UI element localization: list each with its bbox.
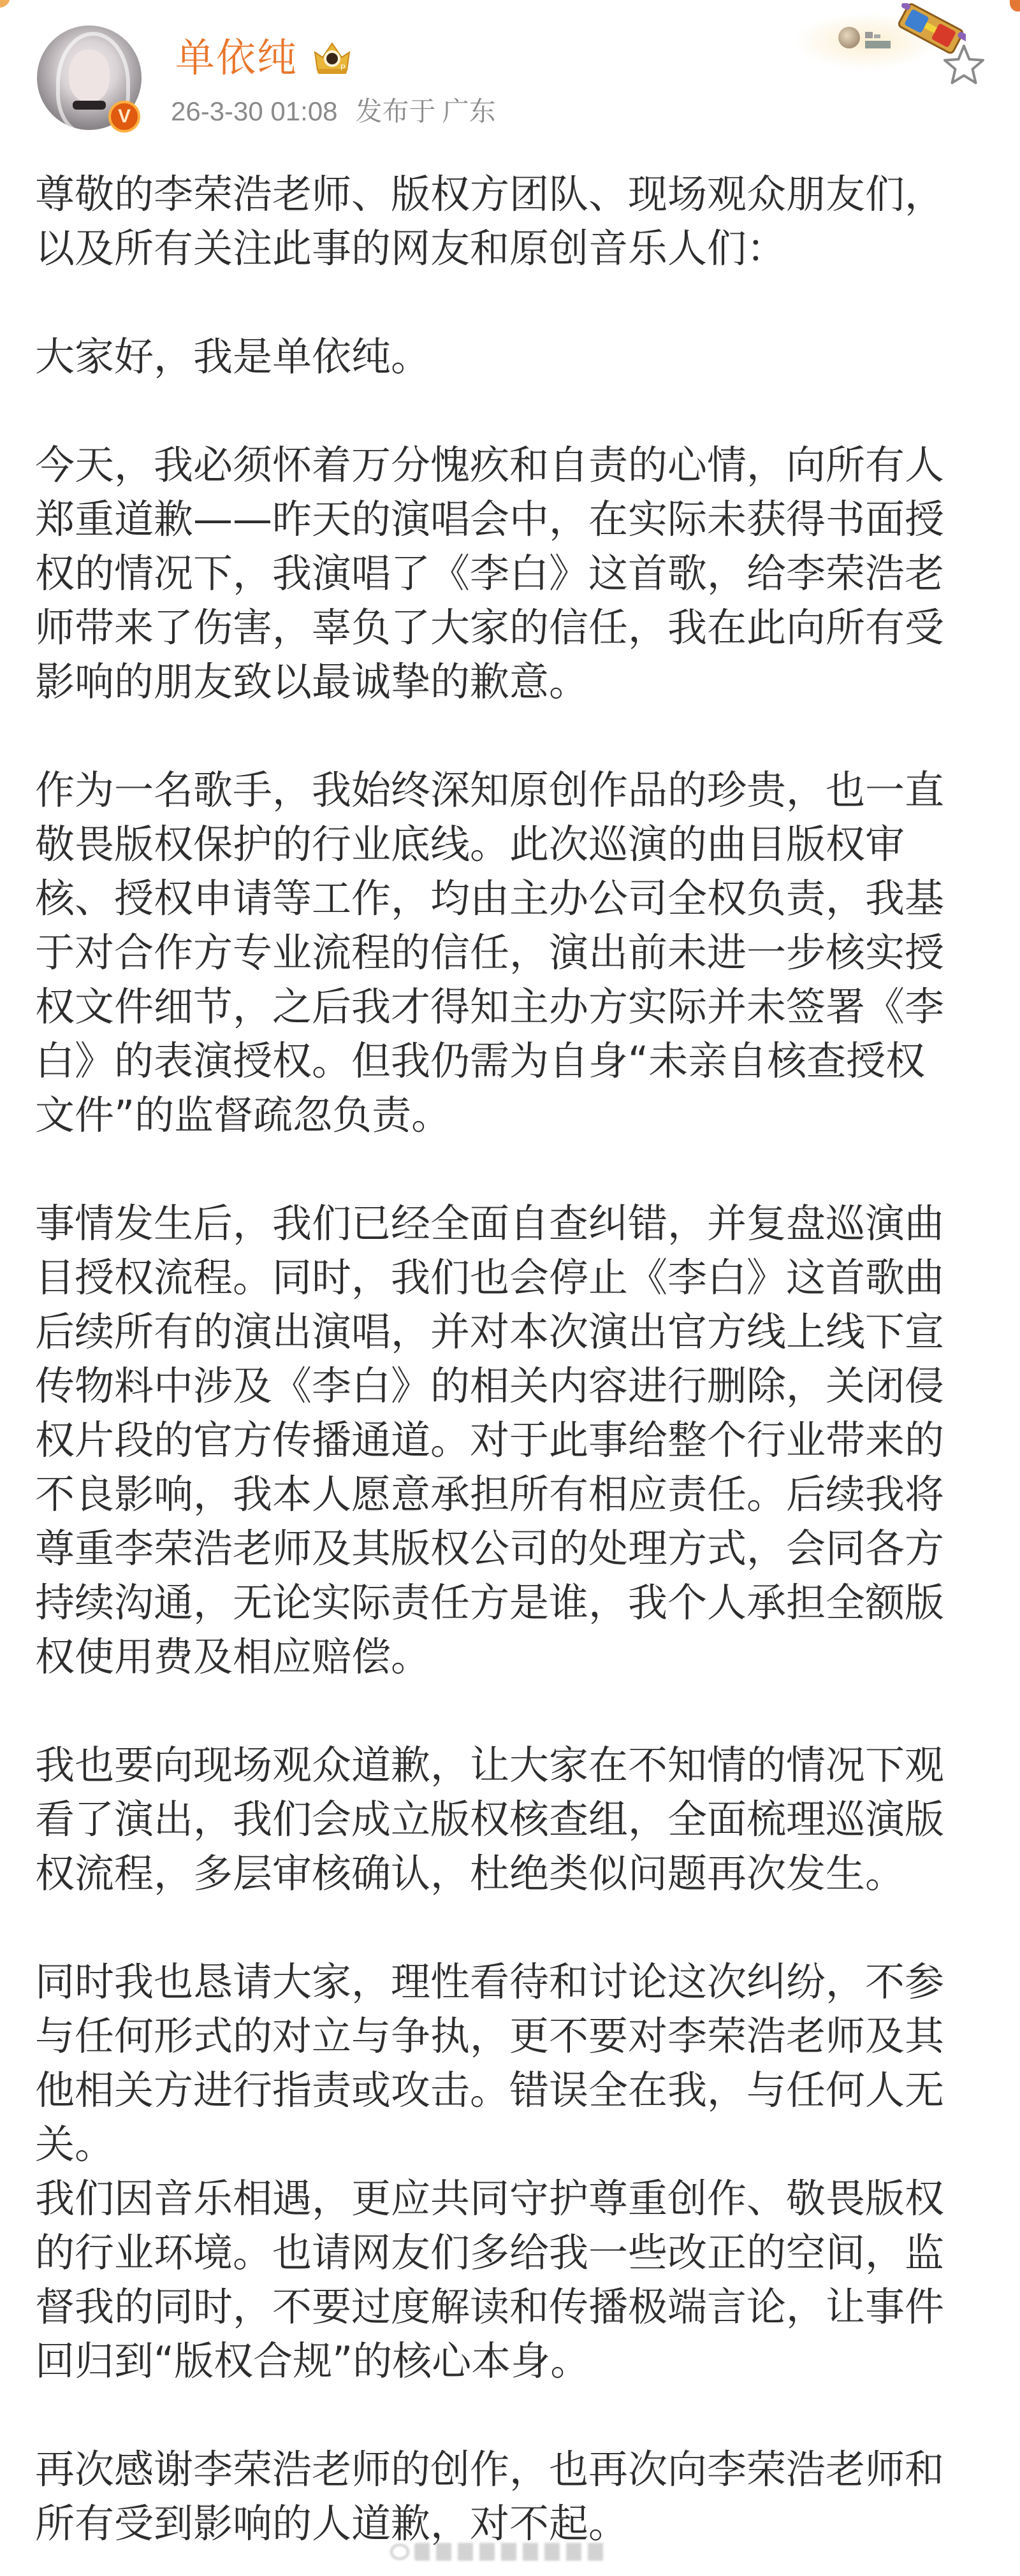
svg-text:P: P [340, 63, 346, 72]
paragraph-greeting: 大家好，我是单依纯。 [35, 329, 991, 384]
badge-planet-icon [838, 27, 860, 48]
paragraph-explanation: 作为一名歌手，我始终深知原创作品的珍贵，也一直 敬畏版权保护的行业底线。此次巡演… [35, 763, 991, 1142]
text-line: 看了演出，我们会成立版权核查组，全面梳理巡演版 [35, 1792, 991, 1846]
text-line: 白》的表演授权。但我仍需为自身“未亲自核查授权 [35, 1034, 991, 1088]
paragraph-appeal: 同时我也恳请大家，理性看待和讨论这次纠纷，不参 与任何形式的对立与争执，更不要对… [35, 1955, 991, 2171]
text-line: 大家好，我是单依纯。 [35, 329, 991, 384]
text-line: 他相关方进行指责或攻击。错误全在我，与任何人无 [35, 2063, 991, 2117]
text-line: 不良影响，我本人愿意承担所有相应责任。后续我将 [35, 1467, 991, 1521]
text-line: 以及所有关注此事的网友和原创音乐人们： [35, 221, 991, 275]
text-line: 文件”的监督疏忽负责。 [35, 1088, 991, 1142]
favorite-star-icon[interactable] [941, 42, 987, 88]
text-line: 关。 [35, 2117, 991, 2171]
text-line: 作为一名歌手，我始终深知原创作品的珍贵，也一直 [35, 763, 991, 817]
text-line: 我们因音乐相遇，更应共同守护尊重创作、敬畏版权 [35, 2171, 991, 2225]
text-line: 尊重李荣浩老师及其版权公司的处理方式，会同各方 [35, 1521, 991, 1575]
text-line: 敬畏版权保护的行业底线。此次巡演的曲目版权审 [35, 817, 991, 871]
text-line: 持续沟通，无论实际责任方是谁，我个人承担全额版 [35, 1575, 991, 1630]
paragraph-environment: 我们因音乐相遇，更应共同守护尊重创作、敬畏版权 的行业环境。也请网友们多给我一些… [35, 2171, 991, 2388]
text-line: 权使用费及相应赔偿。 [35, 1630, 991, 1684]
text-line: 目授权流程。同时，我们也会停止《李白》这首歌曲 [35, 1250, 991, 1305]
text-line: 影响的朋友致以最诚挚的歉意。 [35, 655, 991, 709]
text-line: 权的情况下，我演唱了《李白》这首歌，给李荣浩老 [35, 546, 991, 600]
image-watermark [390, 2543, 606, 2561]
badge-mini-logo-icon [864, 29, 892, 51]
crown-badge-icon[interactable]: P [311, 38, 353, 78]
post-location: 广东 [442, 96, 496, 126]
text-line: 权流程，多层审核确认，杜绝类似问题再次发生。 [35, 1846, 991, 1900]
paragraph-apology: 今天，我必须怀着万分愧疚和自责的心情，向所有人 郑重道歉——昨天的演唱会中，在实… [35, 438, 991, 709]
text-line: 的行业环境。也请网友们多给我一些改正的空间，监 [35, 2225, 991, 2280]
badge-logo-glyph-icon [864, 29, 892, 51]
watermark-text-blurred [414, 2543, 606, 2561]
text-line: 回归到“版权合规”的核心本身。 [35, 2334, 991, 2388]
text-line: 事情发生后，我们已经全面自查纠错，并复盘巡演曲 [35, 1196, 991, 1250]
post-meta: 26-3-30 01:08发布于广东 [171, 96, 496, 127]
paragraph-actions: 事情发生后，我们已经全面自查纠错，并复盘巡演曲 目授权流程。同时，我们也会停止《… [35, 1196, 991, 1684]
post-body: 尊敬的李荣浩老师、版权方团队、现场观众朋友们， 以及所有关注此事的网友和原创音乐… [35, 167, 991, 2551]
post-timestamp: 26-3-30 01:08 [171, 96, 338, 126]
avatar-collar-shape [73, 101, 106, 110]
paragraph-audience-apology: 我也要向现场观众道歉，让大家在不知情的情况下观 看了演出，我们会成立版权核查组，… [35, 1738, 991, 1900]
watermark-logo-icon [390, 2543, 409, 2560]
username[interactable]: 单依纯 [175, 35, 298, 81]
paragraph-closing: 再次感谢李荣浩老师的创作，也再次向李荣浩老师和 所有受到影响的人道歉，对不起。 [35, 2442, 991, 2551]
text-line: 核、授权申请等工作，均由主办公司全权负责，我基 [35, 871, 991, 925]
text-line: 今天，我必须怀着万分愧疚和自责的心情，向所有人 [35, 438, 991, 492]
text-line: 与任何形式的对立与争执，更不要对李荣浩老师及其 [35, 2009, 991, 2063]
text-line: 师带来了伤害，辜负了大家的信任，我在此向所有受 [35, 600, 991, 655]
text-line: 我也要向现场观众道歉，让大家在不知情的情况下观 [35, 1738, 991, 1792]
paragraph-salutation: 尊敬的李荣浩老师、版权方团队、现场观众朋友们， 以及所有关注此事的网友和原创音乐… [35, 167, 991, 275]
verified-badge-icon: V [108, 101, 140, 133]
text-line: 权文件细节，之后我才得知主办方实际并未签署《李 [35, 980, 991, 1034]
text-line: 同时我也恳请大家，理性看待和讨论这次纠纷，不参 [35, 1955, 991, 2009]
decorative-card-badge [794, 0, 947, 61]
text-line: 传物料中涉及《李白》的相关内容进行删除，关闭侵 [35, 1359, 991, 1413]
text-line: 督我的同时，不要过度解读和传播极端言论，让事件 [35, 2280, 991, 2334]
text-line: 郑重道歉——昨天的演唱会中，在实际未获得书面授 [35, 492, 991, 546]
avatar-face-shape [69, 50, 110, 102]
text-line: 尊敬的李荣浩老师、版权方团队、现场观众朋友们， [35, 167, 991, 221]
text-line: 于对合作方专业流程的信任，演出前未进一步核实授 [35, 925, 991, 980]
post-header: V 单依纯 P 26-3-30 01:08发布于广东 [0, 0, 1020, 143]
location-label: 发布于 [356, 96, 436, 126]
text-line: 再次感谢李荣浩老师的创作，也再次向李荣浩老师和 [35, 2442, 991, 2496]
text-line: 后续所有的演出演唱，并对本次演出官方线上线下宣 [35, 1305, 991, 1359]
text-line: 权片段的官方传播通道。对于此事给整个行业带来的 [35, 1413, 991, 1467]
